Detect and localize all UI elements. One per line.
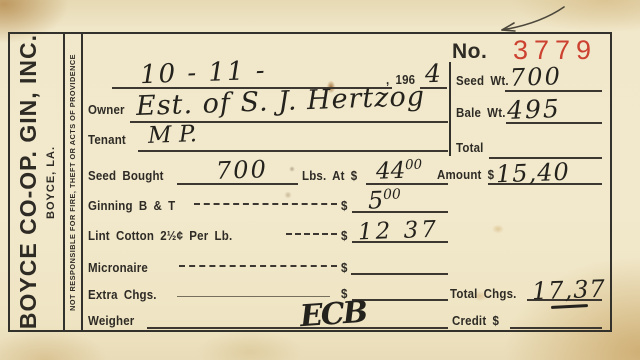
date-value: 10 - 11 - xyxy=(140,56,268,90)
micronaire-leader xyxy=(179,265,337,267)
company-name: BOYCE CO-OP. GIN, INC. xyxy=(15,34,42,329)
tenant-label: Tenant xyxy=(88,133,126,147)
credit-line xyxy=(510,327,602,329)
amount-label: Amount $ xyxy=(437,168,494,182)
year-value: 4 xyxy=(424,59,441,89)
weigher-label: Weigher xyxy=(88,314,134,328)
weigher-signature: ECB xyxy=(299,295,367,335)
micronaire-dollar: $ xyxy=(341,261,348,275)
company-city: BOYCE, LA. xyxy=(45,146,57,219)
ginning-sup: 00 xyxy=(383,186,401,203)
receipt-no-label: No. xyxy=(452,40,487,64)
extra-line xyxy=(352,299,448,301)
seed-rate-main: 44 xyxy=(376,158,406,185)
amount-value: 15,40 xyxy=(496,158,571,189)
extra-charges-leader xyxy=(177,296,330,297)
ginning-value: 500 xyxy=(368,185,402,214)
disclaimer-strip: NOT RESPONSIBLE FOR FIRE, THEFT OR ACTS … xyxy=(63,34,81,330)
company-block: BOYCE CO-OP. GIN, INC. BOYCE, LA. xyxy=(9,34,63,330)
seed-weight-label: Seed Wt. xyxy=(456,74,509,88)
bale-weight-label: Bale Wt. xyxy=(456,106,506,120)
seed-bought-qty: 700 xyxy=(216,155,269,185)
bale-weight-value: 495 xyxy=(507,94,562,125)
lint-dollar: $ xyxy=(341,229,348,243)
ginning-dollar: $ xyxy=(341,199,348,213)
receipt-photo: BOYCE CO-OP. GIN, INC. BOYCE, LA. NOT RE… xyxy=(0,0,640,360)
micronaire-line xyxy=(351,273,448,275)
seed-rate-value: 4400 xyxy=(376,157,423,185)
lint-label: Lint Cotton 2½¢ Per Lb. xyxy=(88,229,232,243)
total-charges-label: Total Chgs. xyxy=(450,287,517,301)
tenant-value: M P. xyxy=(148,121,198,149)
lbs-at-label: Lbs. At $ xyxy=(302,169,357,183)
credit-label: Credit $ xyxy=(452,314,499,328)
seed-rate-sup: 00 xyxy=(405,158,422,174)
lint-leader xyxy=(286,233,337,235)
pen-arrow-mark xyxy=(494,4,566,34)
disclaimer-text: NOT RESPONSIBLE FOR FIRE, THEFT OR ACTS … xyxy=(68,54,77,311)
tenant-line xyxy=(138,150,448,152)
ginning-label: Ginning B & T xyxy=(88,199,175,213)
seed-bought-label: Seed Bought xyxy=(88,169,164,183)
weights-divider xyxy=(449,62,451,156)
micronaire-label: Micronaire xyxy=(88,261,148,275)
total-weight-label: Total xyxy=(456,141,484,155)
total-charges-value: 17,37 xyxy=(532,275,607,306)
owner-label: Owner xyxy=(88,103,125,117)
ginning-leader xyxy=(194,203,337,205)
seed-weight-value: 700 xyxy=(510,62,563,92)
extra-charges-label: Extra Chgs. xyxy=(88,288,157,302)
weigher-line xyxy=(147,327,448,329)
sidebar-divider-2 xyxy=(81,32,83,332)
lint-value: 12 37 xyxy=(358,217,440,246)
ginning-main: 5 xyxy=(368,186,384,215)
